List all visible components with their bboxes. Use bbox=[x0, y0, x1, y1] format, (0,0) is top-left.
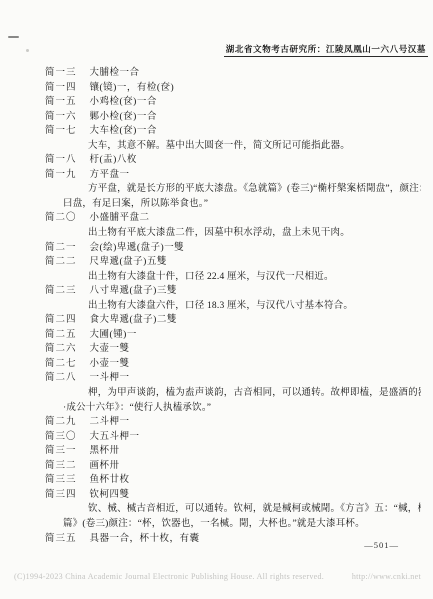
slip-number: 简二四 bbox=[45, 313, 77, 328]
annotation-line: ·成公十六年》：“使行人执榼承饮。” bbox=[45, 401, 421, 416]
slip-number: 简二一 bbox=[45, 241, 77, 256]
slip-entry: 简二一会(绘)卑遞(盘子)一雙 bbox=[45, 241, 421, 256]
footer-copyright-text: (C)1994-2023 China Academic Journal Elec… bbox=[14, 572, 324, 581]
slip-number: 简二九 bbox=[45, 415, 77, 430]
slip-entry: 简一七大车检(奁)一合 bbox=[45, 124, 421, 139]
slip-entry: 简二五大圃(锺)一 bbox=[45, 328, 421, 343]
slip-entry: 简三〇大五斗柙一 bbox=[45, 430, 421, 445]
slip-entry: 简一九方平盘一 bbox=[45, 168, 421, 183]
slip-entry: 简三三鱼杯廿枚 bbox=[45, 473, 421, 488]
slip-entry: 简二八一斗柙一 bbox=[45, 371, 421, 386]
slip-text: 大五斗柙一 bbox=[90, 432, 140, 442]
slip-text: 小壶一雙 bbox=[90, 359, 130, 369]
document-body: 简一三大脯检一合简一四镶(镜)一，有检(奁)简一五小鸡检(奁)一合简一六鄛小检(… bbox=[45, 66, 421, 546]
slip-number: 简一八 bbox=[45, 153, 77, 168]
slip-entry: 简一三大脯检一合 bbox=[45, 66, 421, 81]
annotation-line: 出土物有平底大漆盘二件，因墓中积水浮动，盘上未见干肉。 bbox=[45, 226, 421, 241]
annotation-line: 出土物有大漆盘十件，口径 22.4 厘米，与汉代一尺相近。 bbox=[45, 270, 421, 285]
slip-entry: 简二二尺卑遞(盘子)五雙 bbox=[45, 255, 421, 270]
slip-number: 简三〇 bbox=[45, 430, 77, 445]
annotation-line: 曰盘，有足曰案，所以陈举食也。” bbox=[45, 197, 421, 212]
annotation-line: 篇》(卷三)颜注：“杯，饮器也，一名椷。閜，大杯也。”就是大漆耳杯。 bbox=[45, 517, 421, 532]
slip-text: 杅(盂)八枚 bbox=[90, 155, 137, 165]
slip-number: 简一七 bbox=[45, 124, 77, 139]
slip-entry: 简三二画杯卅 bbox=[45, 459, 421, 474]
slip-text: 大壶一雙 bbox=[90, 344, 130, 354]
slip-number: 简二〇 bbox=[45, 211, 77, 226]
slip-entry: 简三四钦柯四雙 bbox=[45, 488, 421, 503]
scan-artifact-dash bbox=[8, 36, 19, 38]
slip-entry: 简二七小壶一雙 bbox=[45, 357, 421, 372]
slip-text: 方平盘一 bbox=[90, 170, 130, 180]
slip-entry: 简一八杅(盂)八枚 bbox=[45, 153, 421, 168]
slip-number: 简三三 bbox=[45, 473, 77, 488]
slip-number: 简三二 bbox=[45, 459, 77, 474]
slip-text: 大脯检一合 bbox=[90, 68, 140, 78]
slip-text: 镶(镜)一，有检(奁) bbox=[90, 83, 175, 93]
slip-text: 会(绘)卑遞(盘子)一雙 bbox=[90, 243, 185, 253]
slip-entry: 简二〇小盛脯平盘二 bbox=[45, 211, 421, 226]
slip-entry: 简三一黑杯卅 bbox=[45, 444, 421, 459]
slip-text: 钦柯四雙 bbox=[90, 490, 130, 500]
slip-number: 简三五 bbox=[45, 532, 77, 547]
slip-number: 简二七 bbox=[45, 357, 77, 372]
running-header: 湖北省文物考古研究所：江陵凤凰山一六八号汉墓 bbox=[224, 43, 428, 57]
slip-number: 简一四 bbox=[45, 81, 77, 96]
slip-text: 尺卑遞(盘子)五雙 bbox=[90, 257, 167, 267]
page-number: —501— bbox=[364, 540, 399, 550]
slip-number: 简一六 bbox=[45, 110, 77, 125]
slip-text: 鱼杯廿枚 bbox=[90, 475, 130, 485]
slip-entry: 简二四食大卑遞(盘子)二雙 bbox=[45, 313, 421, 328]
slip-text: 画杯卅 bbox=[90, 461, 120, 471]
slip-text: 小盛脯平盘二 bbox=[90, 213, 150, 223]
slip-number: 简二二 bbox=[45, 255, 77, 270]
slip-number: 简三四 bbox=[45, 488, 77, 503]
slip-text: 食大卑遞(盘子)二雙 bbox=[90, 315, 177, 325]
annotation-line: 大车，其意不解。墓中出大圆奁一件，简文所记可能指此器。 bbox=[45, 139, 421, 154]
slip-entry: 简二九二斗柙一 bbox=[45, 415, 421, 430]
slip-entry: 简一六鄛小检(奁)一合 bbox=[45, 110, 421, 125]
slip-number: 简二六 bbox=[45, 342, 77, 357]
annotation-line: 钦、械、椷古音相近，可以通转。钦柯，就是椷柯或械閜。《方言》五：“椷，桮也。”《… bbox=[45, 502, 421, 517]
scan-artifact-dot bbox=[26, 49, 29, 52]
slip-text: 一斗柙一 bbox=[90, 373, 130, 383]
slip-text: 小鸡检(奁)一合 bbox=[90, 97, 157, 107]
slip-number: 简一五 bbox=[45, 95, 77, 110]
slip-entry: 简二三八寸卑遞(盘子)三雙 bbox=[45, 284, 421, 299]
slip-text: 二斗柙一 bbox=[90, 417, 130, 427]
slip-text: 鄛小检(奁)一合 bbox=[90, 112, 157, 122]
slip-number: 简一三 bbox=[45, 66, 77, 81]
annotation-line: 柙，为甲声谈韵，榼为盍声谈韵，古音相同，可以通转。故柙即榼，是盛酒的器具，《左传 bbox=[45, 386, 421, 401]
slip-entry: 简一四镶(镜)一，有检(奁) bbox=[45, 81, 421, 96]
slip-text: 黑杯卅 bbox=[90, 446, 120, 456]
slip-entry: 简二六大壶一雙 bbox=[45, 342, 421, 357]
slip-number: 简二三 bbox=[45, 284, 77, 299]
annotation-line: 方平盘，就是长方形的平底大漆盘。《急就篇》(卷三)“椭杅槃案桮閜盘”，颜注：“无… bbox=[45, 182, 421, 197]
footer-url: http://www.cnki.net bbox=[352, 572, 421, 581]
slip-number: 简二五 bbox=[45, 328, 77, 343]
cnki-watermark: (C)1994-2023 China Academic Journal Elec… bbox=[14, 572, 421, 581]
slip-text: 八寸卑遞(盘子)三雙 bbox=[90, 286, 177, 296]
slip-text: 具器一合，杯十枚，有囊 bbox=[90, 534, 200, 544]
annotation-line: 出土物有大漆盘六件，口径 18.3 厘米，与汉代八寸基本符合。 bbox=[45, 299, 421, 314]
slip-text: 大圃(锺)一 bbox=[90, 330, 137, 340]
scanned-journal-page: 湖北省文物考古研究所：江陵凤凰山一六八号汉墓 简一三大脯检一合简一四镶(镜)一，… bbox=[0, 0, 433, 599]
slip-entry: 简一五小鸡检(奁)一合 bbox=[45, 95, 421, 110]
slip-number: 简二八 bbox=[45, 371, 77, 386]
slip-number: 简三一 bbox=[45, 444, 77, 459]
slip-text: 大车检(奁)一合 bbox=[90, 126, 157, 136]
slip-number: 简一九 bbox=[45, 168, 77, 183]
